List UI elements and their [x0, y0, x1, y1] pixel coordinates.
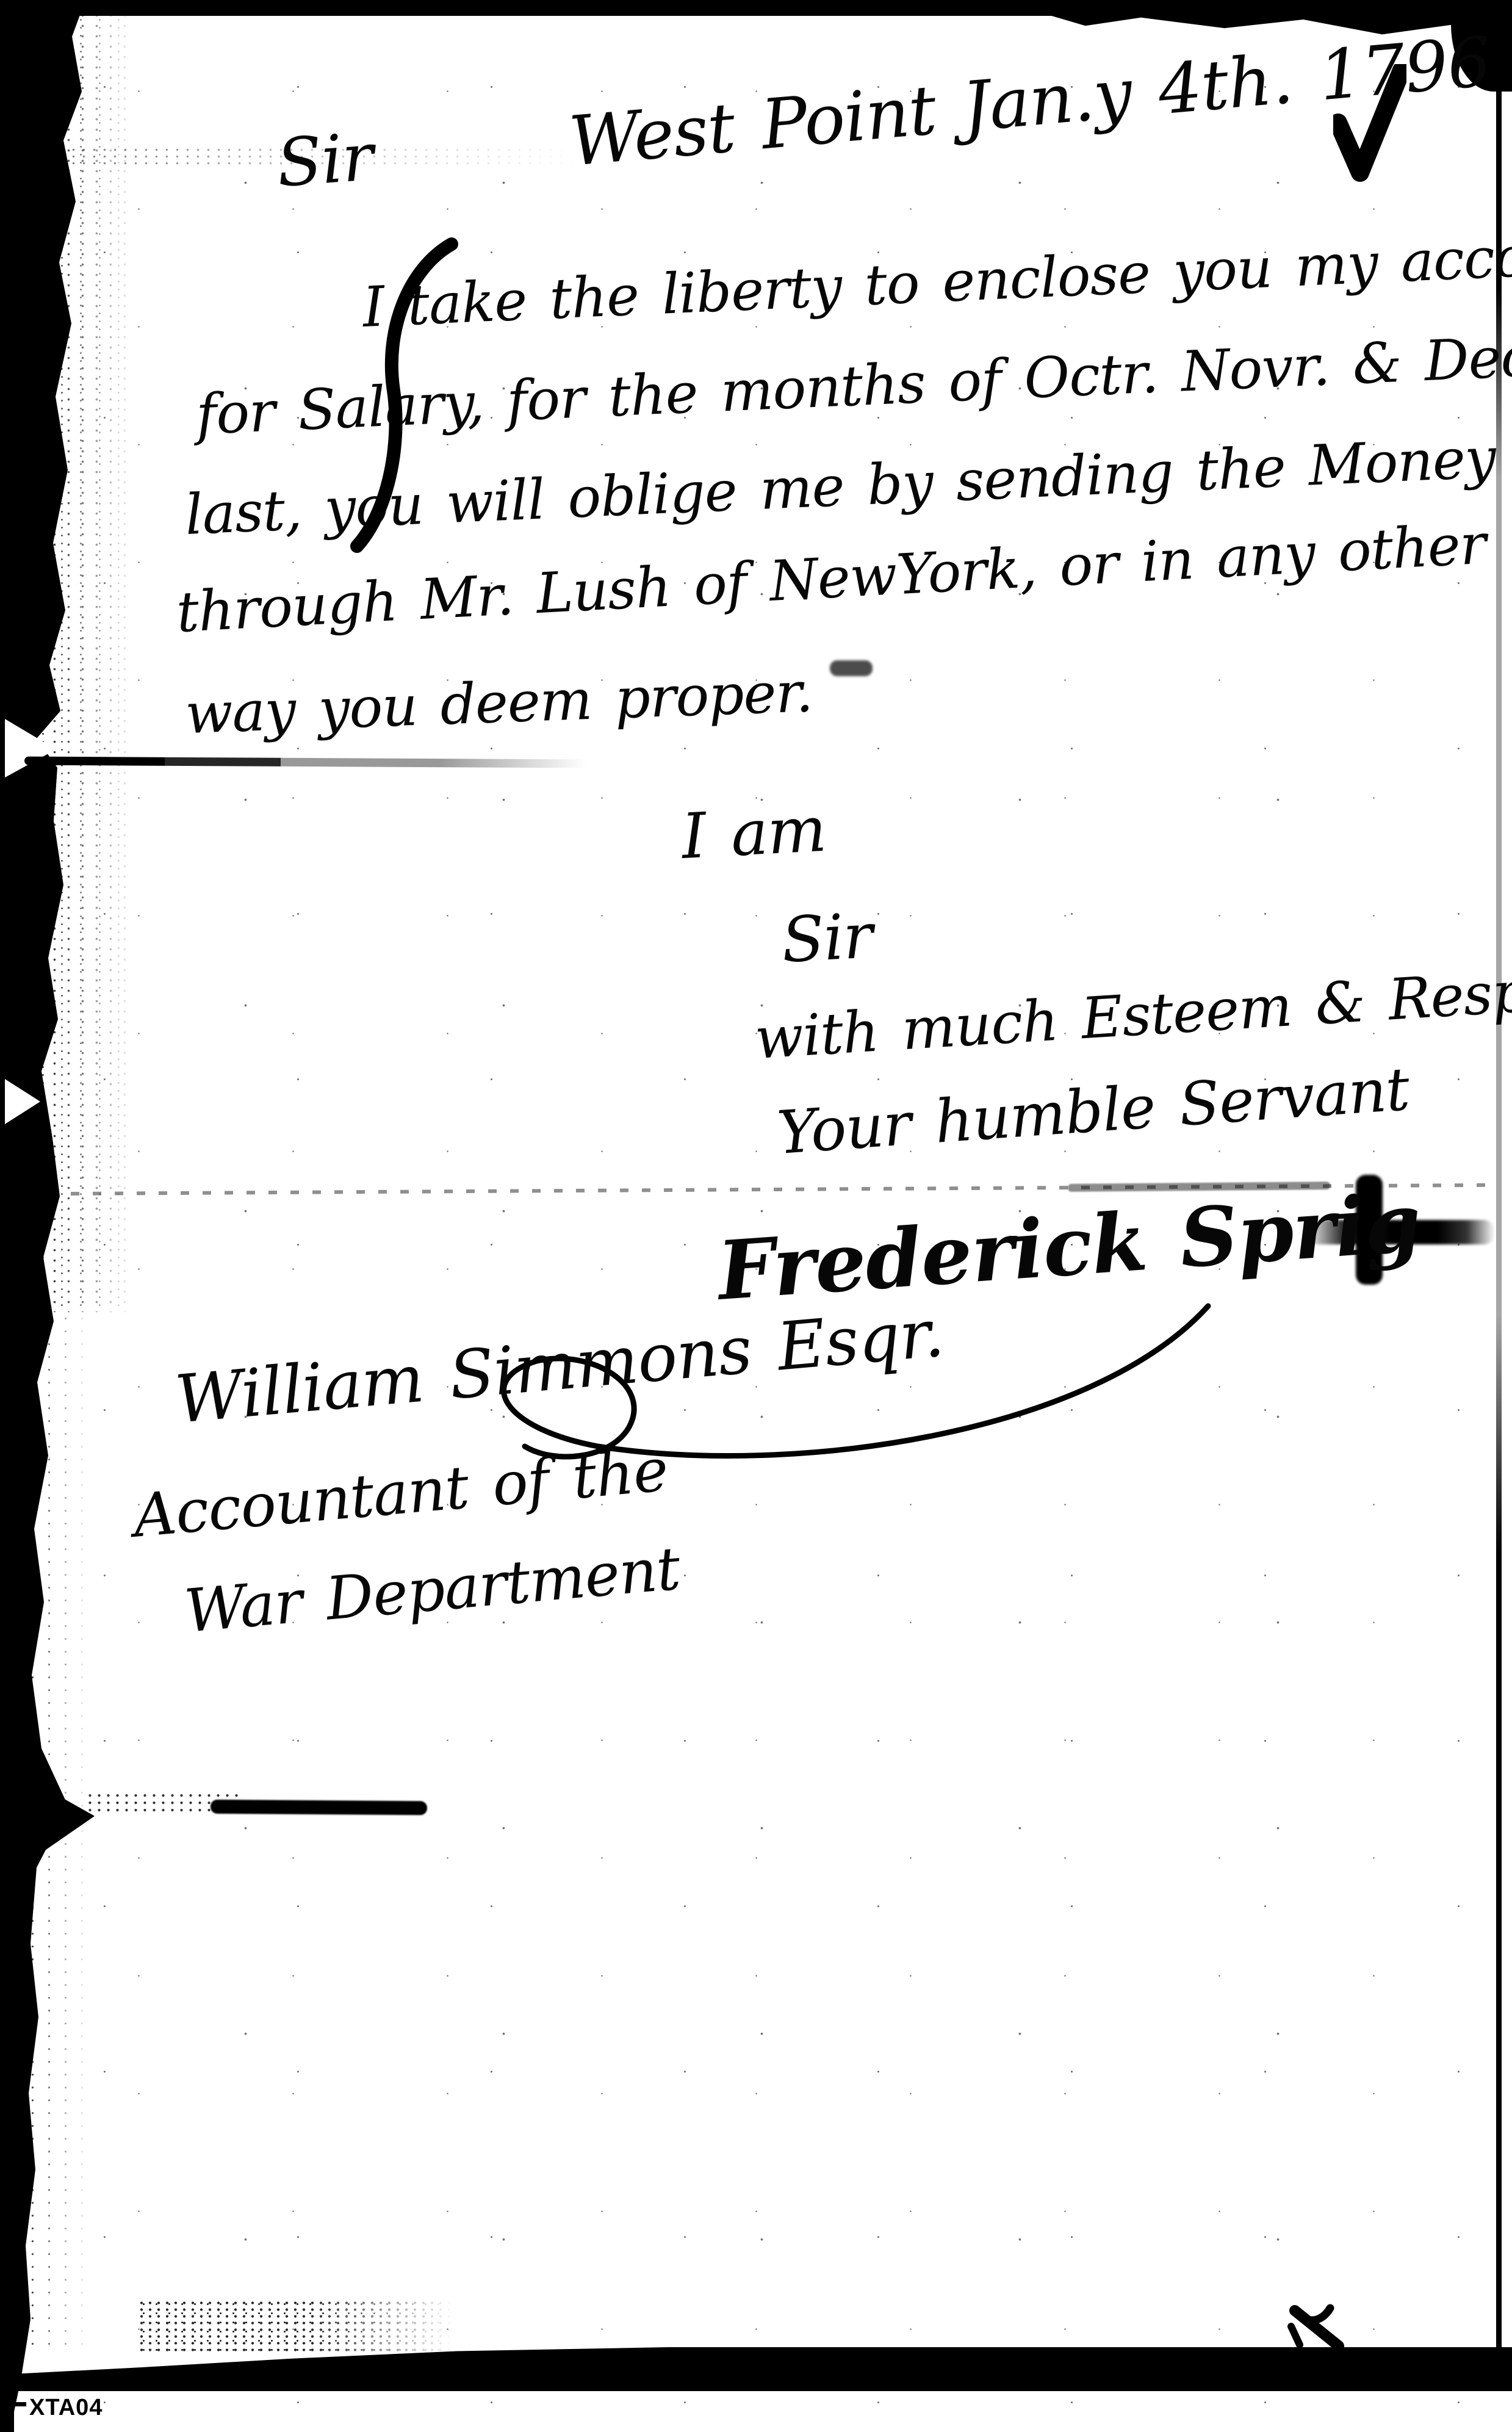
ink-smudge	[830, 660, 873, 676]
scan-edge-left	[0, 0, 92, 2432]
recipient-line: War Department	[182, 1534, 682, 1645]
closing-line: I am	[680, 793, 827, 873]
recipient-line: Accountant of the	[131, 1435, 671, 1551]
salutation-line: Sir	[275, 119, 375, 202]
fold-crease-upper	[24, 757, 586, 768]
scanned-letter-page: West Point Jan.y 4th. 1796 Sir I take th…	[0, 0, 1512, 2432]
fold-crease-lower-dots	[85, 1792, 244, 1814]
archive-label: XTA04	[29, 2395, 103, 2421]
body-line: for Salary, for the months of Octr. Novr…	[195, 323, 1512, 447]
closing-line: Your humble Servant	[775, 1055, 1411, 1167]
scan-edge-bottom	[5, 2347, 1512, 2391]
corner-bracket-icon	[9, 2402, 26, 2432]
x-mark-icon	[1287, 2302, 1345, 2351]
closing-line: Sir	[780, 900, 874, 977]
body-line: I take the liberty to enclose you my acc…	[361, 221, 1512, 340]
body-line: way you deem proper.	[184, 660, 814, 746]
scan-bottom-speckle	[137, 2300, 455, 2352]
recipient-line: William Simmons Esqr.	[172, 1295, 946, 1438]
signature: Frederick Sprig	[715, 1175, 1424, 1319]
